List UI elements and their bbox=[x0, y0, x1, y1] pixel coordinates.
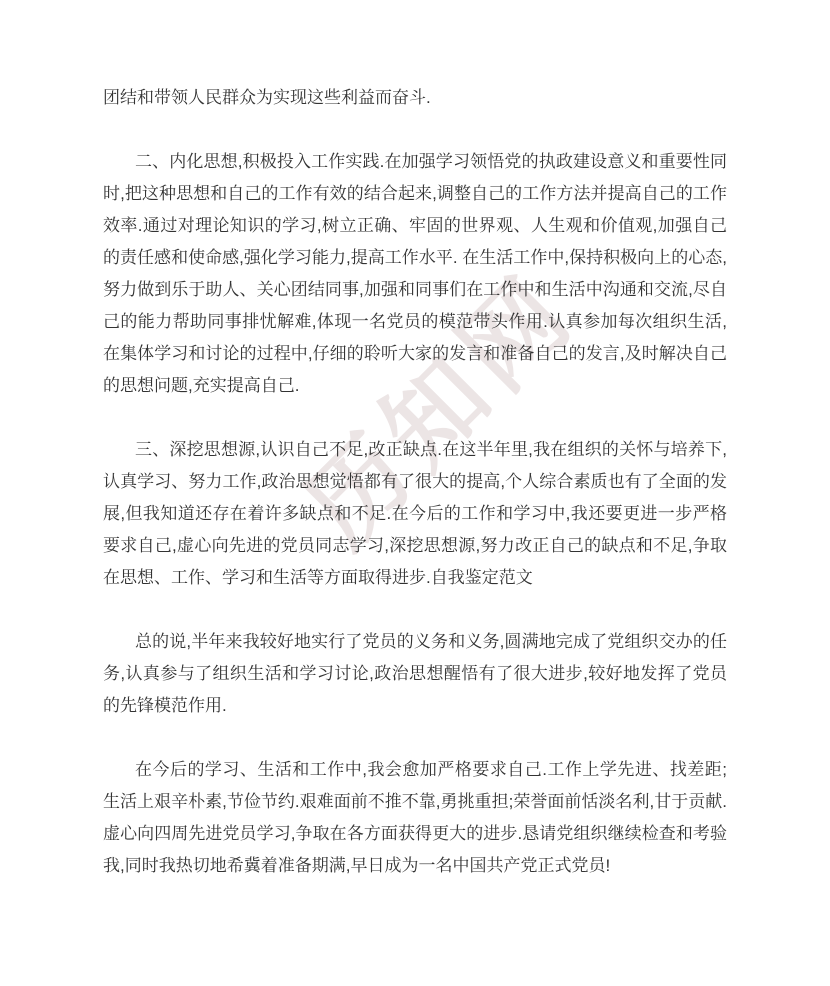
paragraph: 总的说,半年来我较好地实行了党员的义务和义务,圆满地完成了党组织交办的任务,认真… bbox=[103, 626, 727, 722]
document-content: 团结和带领人民群众为实现这些利益而奋斗. 二、内化思想,积极投入工作实践.在加强… bbox=[103, 82, 727, 914]
document-page: 历知网 团结和带领人民群众为实现这些利益而奋斗. 二、内化思想,积极投入工作实践… bbox=[0, 0, 830, 986]
paragraph: 三、深挖思想源,认识自己不足,改正缺点.在这半年里,我在组织的关怀与培养下,认真… bbox=[103, 434, 727, 594]
paragraph: 团结和带领人民群众为实现这些利益而奋斗. bbox=[103, 82, 727, 114]
paragraph: 二、内化思想,积极投入工作实践.在加强学习领悟党的执政建设意义和重要性同时,把这… bbox=[103, 146, 727, 402]
paragraph: 在今后的学习、生活和工作中,我会愈加严格要求自己.工作上学先进、找差距;生活上艰… bbox=[103, 754, 727, 882]
